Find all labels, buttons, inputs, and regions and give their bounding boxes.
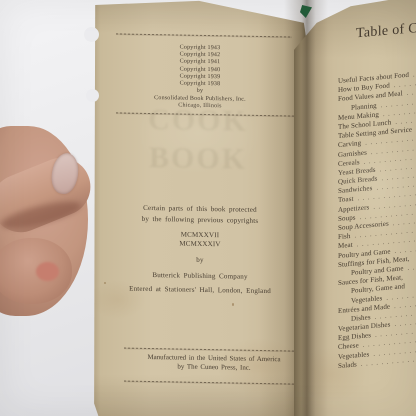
protection-line-2: by the following previous copyrights — [100, 213, 300, 227]
manufactured-box: Manufactured in the United States of Ame… — [124, 348, 304, 387]
prior-copyright-block: Certain parts of this book protected by … — [100, 202, 300, 298]
decorative-rule-top — [116, 33, 292, 37]
decorative-rule-manufactured-bottom — [124, 381, 304, 385]
foxing-speck — [104, 282, 106, 284]
toc-list: Useful Facts about Food . . . . . . . . … — [338, 64, 416, 371]
table-of-contents: Table of Contents Useful Facts about Foo… — [338, 15, 416, 371]
right-page: Table of Contents Useful Facts about Foo… — [294, 0, 416, 416]
dot-leader: . . . . . . . . . . . . . . — [409, 64, 416, 80]
page-edge-notch — [84, 27, 99, 42]
copyright-years-list: Copyright 1943Copyright 1942Copyright 19… — [100, 43, 300, 90]
protection-by-label: by — [100, 253, 300, 267]
fingertip — [36, 262, 59, 281]
toc-entry-label: Salads — [338, 360, 357, 371]
stationers-hall-line: Entered at Stationers' Hall, London, Eng… — [100, 282, 300, 298]
copyright-block: Copyright 1943Copyright 1942Copyright 19… — [100, 43, 300, 112]
toc-title: Table of Contents — [356, 15, 416, 42]
left-page-content: COOK BOOK Copyright 1943Copyright 1942Co… — [92, 0, 306, 416]
previous-publisher-name: Butterick Publishing Company — [100, 268, 300, 283]
foxing-speck — [232, 303, 234, 306]
left-page: COOK BOOK Copyright 1943Copyright 1942Co… — [92, 0, 306, 416]
book-photo-scene: COOK BOOK Copyright 1943Copyright 1942Co… — [0, 0, 416, 416]
page-edge-notch — [86, 89, 99, 102]
green-cover-sliver — [300, 5, 312, 18]
